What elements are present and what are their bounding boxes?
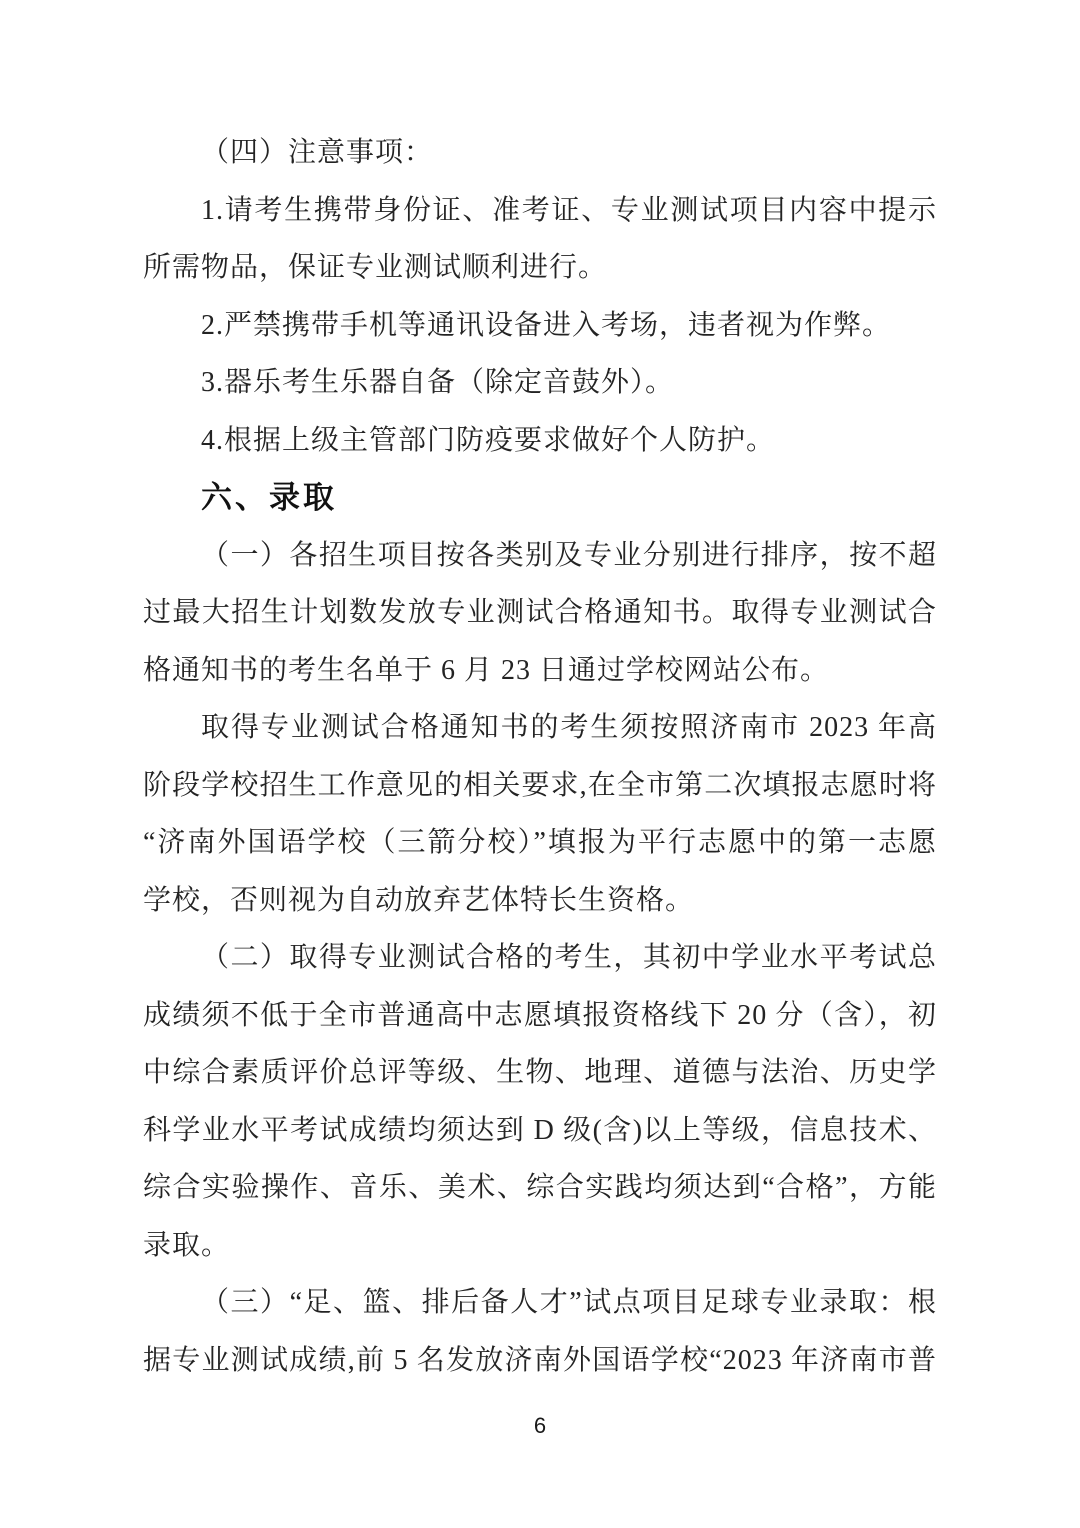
admission-para-2-line-4: 学校，否则视为自动放弃艺体特长生资格。 — [143, 872, 937, 930]
note-1-line-2: 所需物品，保证专业测试顺利进行。 — [143, 239, 937, 297]
admission-para-1-line-1: （一）各招生项目按各类别及专业分别进行排序，按不超 — [143, 527, 937, 585]
section-4-notes-heading: （四）注意事项： — [143, 124, 937, 182]
admission-para-3-line-6: 录取。 — [143, 1217, 937, 1275]
document-text-block: （四）注意事项： 1.请考生携带身份证、准考证、专业测试项目内容中提示的 所需物… — [143, 124, 937, 1389]
admission-para-3-line-5: 综合实验操作、音乐、美术、综合实践均须达到“合格”，方能 — [143, 1159, 937, 1217]
note-3: 3.器乐考生乐器自备（除定音鼓外）。 — [143, 354, 937, 412]
admission-para-2-line-2: 阶段学校招生工作意见的相关要求,在全市第二次填报志愿时将 — [143, 757, 937, 815]
note-1-line-1: 1.请考生携带身份证、准考证、专业测试项目内容中提示的 — [143, 182, 937, 240]
admission-para-4-line-2: 据专业测试成绩,前 5 名发放济南外国语学校“2023 年济南市普 — [143, 1332, 937, 1390]
admission-para-3-line-3: 中综合素质评价总评等级、生物、地理、道德与法治、历史学 — [143, 1044, 937, 1102]
section-6-admission-heading: 六、录取 — [143, 469, 937, 527]
admission-para-3-line-1: （二）取得专业测试合格的考生，其初中学业水平考试总 — [143, 929, 937, 987]
admission-para-1-line-2: 过最大招生计划数发放专业测试合格通知书。取得专业测试合 — [143, 584, 937, 642]
admission-para-2-line-1: 取得专业测试合格通知书的考生须按照济南市 2023 年高中 — [143, 699, 937, 757]
note-4: 4.根据上级主管部门防疫要求做好个人防护。 — [143, 412, 937, 470]
note-2: 2.严禁携带手机等通讯设备进入考场，违者视为作弊。 — [143, 297, 937, 355]
admission-para-3-line-2: 成绩须不低于全市普通高中志愿填报资格线下 20 分（含），初 — [143, 987, 937, 1045]
admission-para-1-line-3: 格通知书的考生名单于 6 月 23 日通过学校网站公布。 — [143, 642, 937, 700]
page-number: 6 — [0, 1404, 1080, 1448]
document-page: （四）注意事项： 1.请考生携带身份证、准考证、专业测试项目内容中提示的 所需物… — [0, 0, 1080, 1528]
admission-para-4-line-1: （三）“足、篮、排后备人才”试点项目足球专业录取：根 — [143, 1274, 937, 1332]
admission-para-3-line-4: 科学业水平考试成绩均须达到 D 级(含)以上等级，信息技术、 — [143, 1102, 937, 1160]
admission-para-2-line-3: “济南外国语学校（三箭分校）”填报为平行志愿中的第一志愿 — [143, 814, 937, 872]
